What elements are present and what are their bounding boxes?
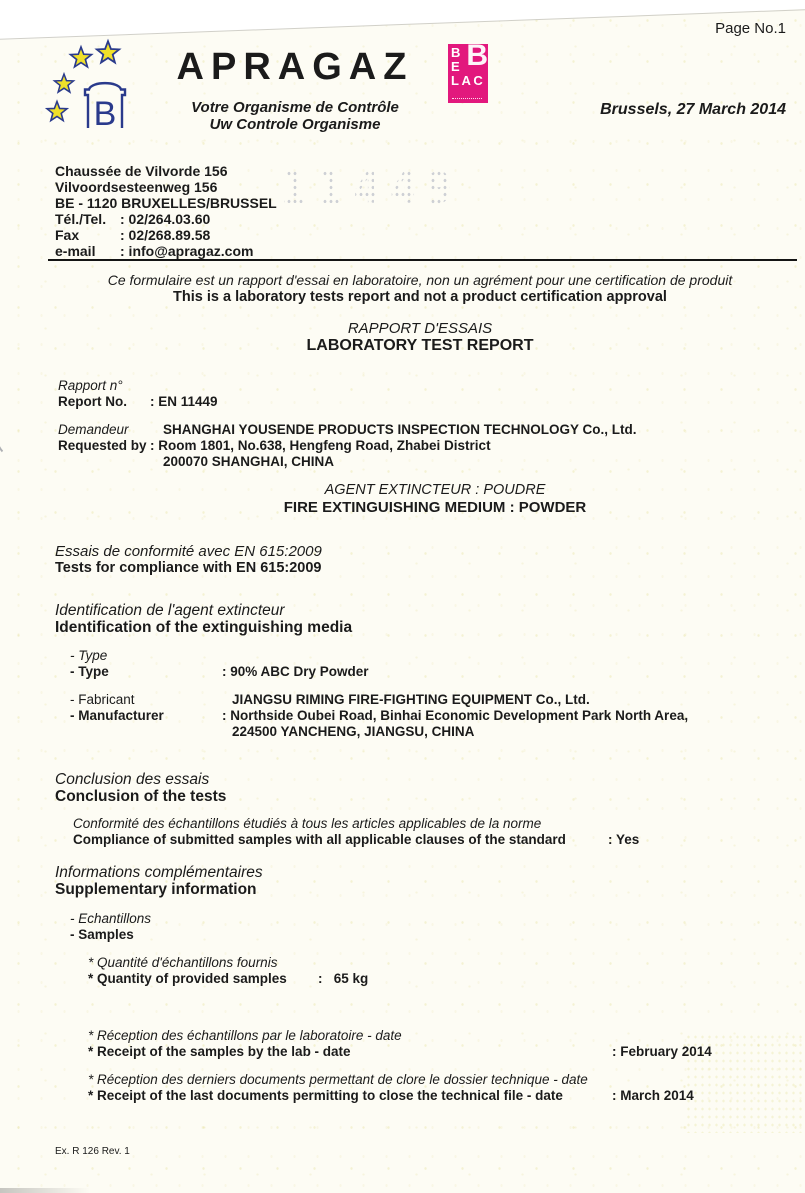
logo-letter-b: B (94, 95, 117, 133)
conclusion-compliance-fr: Conformité des échantillons étudiés à to… (73, 816, 541, 832)
quantity-label-fr: * Quantité d'échantillons fournis (88, 955, 277, 971)
belac-letter: E (451, 60, 460, 73)
manufacturer-address: : Northside Oubei Road, Binhai Economic … (222, 708, 688, 724)
manufacturer-label-fr: - Fabricant (70, 692, 135, 708)
contact-tel-label: Tél./Tel. (55, 211, 106, 227)
scan-smudge (0, 1188, 90, 1193)
contact-email-value: : info@apragaz.com (120, 243, 253, 259)
subject-en: FIRE EXTINGUISHING MEDIUM : POWDER (70, 499, 800, 516)
receipt-docs-label-en: * Receipt of the last documents permitti… (88, 1088, 563, 1104)
samples-label-fr: - Echantillons (70, 911, 151, 927)
contact-tel-value: : 02/264.03.60 (120, 211, 210, 227)
identification-heading-fr: Identification de l'agent extincteur (55, 602, 285, 620)
manufacturer-name: JIANGSU RIMING FIRE-FIGHTING EQUIPMENT C… (232, 692, 590, 708)
belac-big-b: B (466, 41, 488, 71)
conclusion-heading-en: Conclusion of the tests (55, 788, 226, 806)
compliance-ref-en: Tests for compliance with EN 615:2009 (55, 560, 321, 577)
scan-mark (0, 404, 27, 459)
contact-address-line-2: Vilvoordsesteenweg 156 (55, 179, 217, 195)
manufacturer-city: 224500 YANCHENG, JIANGSU, CHINA (232, 724, 474, 740)
conclusion-compliance-value: : Yes (608, 832, 639, 848)
notice-en: This is a laboratory tests report and no… (40, 289, 800, 306)
report-no-label-en: Report No. (58, 394, 127, 410)
belac-letters: LAC (451, 74, 485, 87)
apragaz-stars-logo: B (42, 38, 137, 138)
receipt-docs-value: : March 2014 (612, 1088, 694, 1104)
report-title-en: LABORATORY TEST REPORT (40, 337, 800, 355)
receipt-samples-label-fr: * Réception des échantillons par le labo… (88, 1028, 402, 1044)
contact-email-label: e-mail (55, 243, 95, 259)
conclusion-compliance-en: Compliance of submitted samples with all… (73, 832, 566, 848)
requester-city: 200070 SHANGHAI, CHINA (163, 454, 334, 470)
conclusion-heading-fr: Conclusion des essais (55, 771, 209, 789)
samples-label-en: - Samples (70, 927, 134, 943)
supplementary-heading-fr: Informations complémentaires (55, 864, 263, 882)
tagline-fr: Votre Organisme de Contrôle (158, 99, 432, 116)
contact-address-line-3: BE - 1120 BRUXELLES/BRUSSEL (55, 195, 277, 211)
type-label-fr: - Type (70, 648, 107, 664)
document-page: Page No.1 B APRAGAZ Votre Organisme de C… (0, 0, 805, 1193)
header-divider (48, 259, 797, 261)
requester-label-fr: Demandeur (58, 422, 129, 438)
identification-heading-en: Identification of the extinguishing medi… (55, 619, 352, 637)
quantity-value: : 65 kg (318, 971, 368, 987)
report-no-value: : EN 11449 (150, 394, 218, 410)
report-title-fr: RAPPORT D'ESSAIS (40, 320, 800, 337)
brand-title: APRAGAZ (158, 46, 432, 90)
notice-fr: Ce formulaire est un rapport d'essai en … (40, 272, 800, 288)
contact-fax-value: : 02/268.89.58 (120, 227, 210, 243)
compliance-ref-fr: Essais de conformité avec EN 615:2009 (55, 543, 322, 560)
receipt-samples-value: : February 2014 (612, 1044, 712, 1060)
belac-logo: B E LAC B (448, 44, 488, 103)
supplementary-heading-en: Supplementary information (55, 881, 257, 899)
report-no-label-fr: Rapport n° (58, 378, 123, 394)
page-number: Page No.1 (715, 20, 786, 37)
contact-fax-label: Fax (55, 227, 79, 243)
dot-matrix-stamp: 11449 (280, 163, 462, 214)
contact-address-line-1: Chaussée de Vilvorde 156 (55, 163, 228, 179)
form-reference: Ex. R 126 Rev. 1 (55, 1146, 130, 1158)
receipt-samples-label-en: * Receipt of the samples by the lab - da… (88, 1044, 351, 1060)
scan-mark (0, 737, 26, 781)
manufacturer-label-en: - Manufacturer (70, 708, 164, 724)
belac-letter: B (451, 46, 460, 59)
city-date: Brussels, 27 March 2014 (600, 101, 786, 119)
tagline-nl: Uw Controle Organisme (158, 116, 432, 133)
requester-label-en: Requested by (58, 438, 147, 454)
type-label-en: - Type (70, 664, 109, 680)
subject-fr: AGENT EXTINCTEUR : POUDRE (70, 482, 800, 499)
type-value: : 90% ABC Dry Powder (222, 664, 369, 680)
requester-address: : Room 1801, No.638, Hengfeng Road, Zhab… (150, 438, 491, 454)
quantity-label-en: * Quantity of provided samples (88, 971, 287, 987)
receipt-docs-label-fr: * Réception des derniers documents perme… (88, 1072, 588, 1088)
belac-subtext-line (452, 98, 482, 99)
requester-name: SHANGHAI YOUSENDE PRODUCTS INSPECTION TE… (163, 422, 637, 438)
